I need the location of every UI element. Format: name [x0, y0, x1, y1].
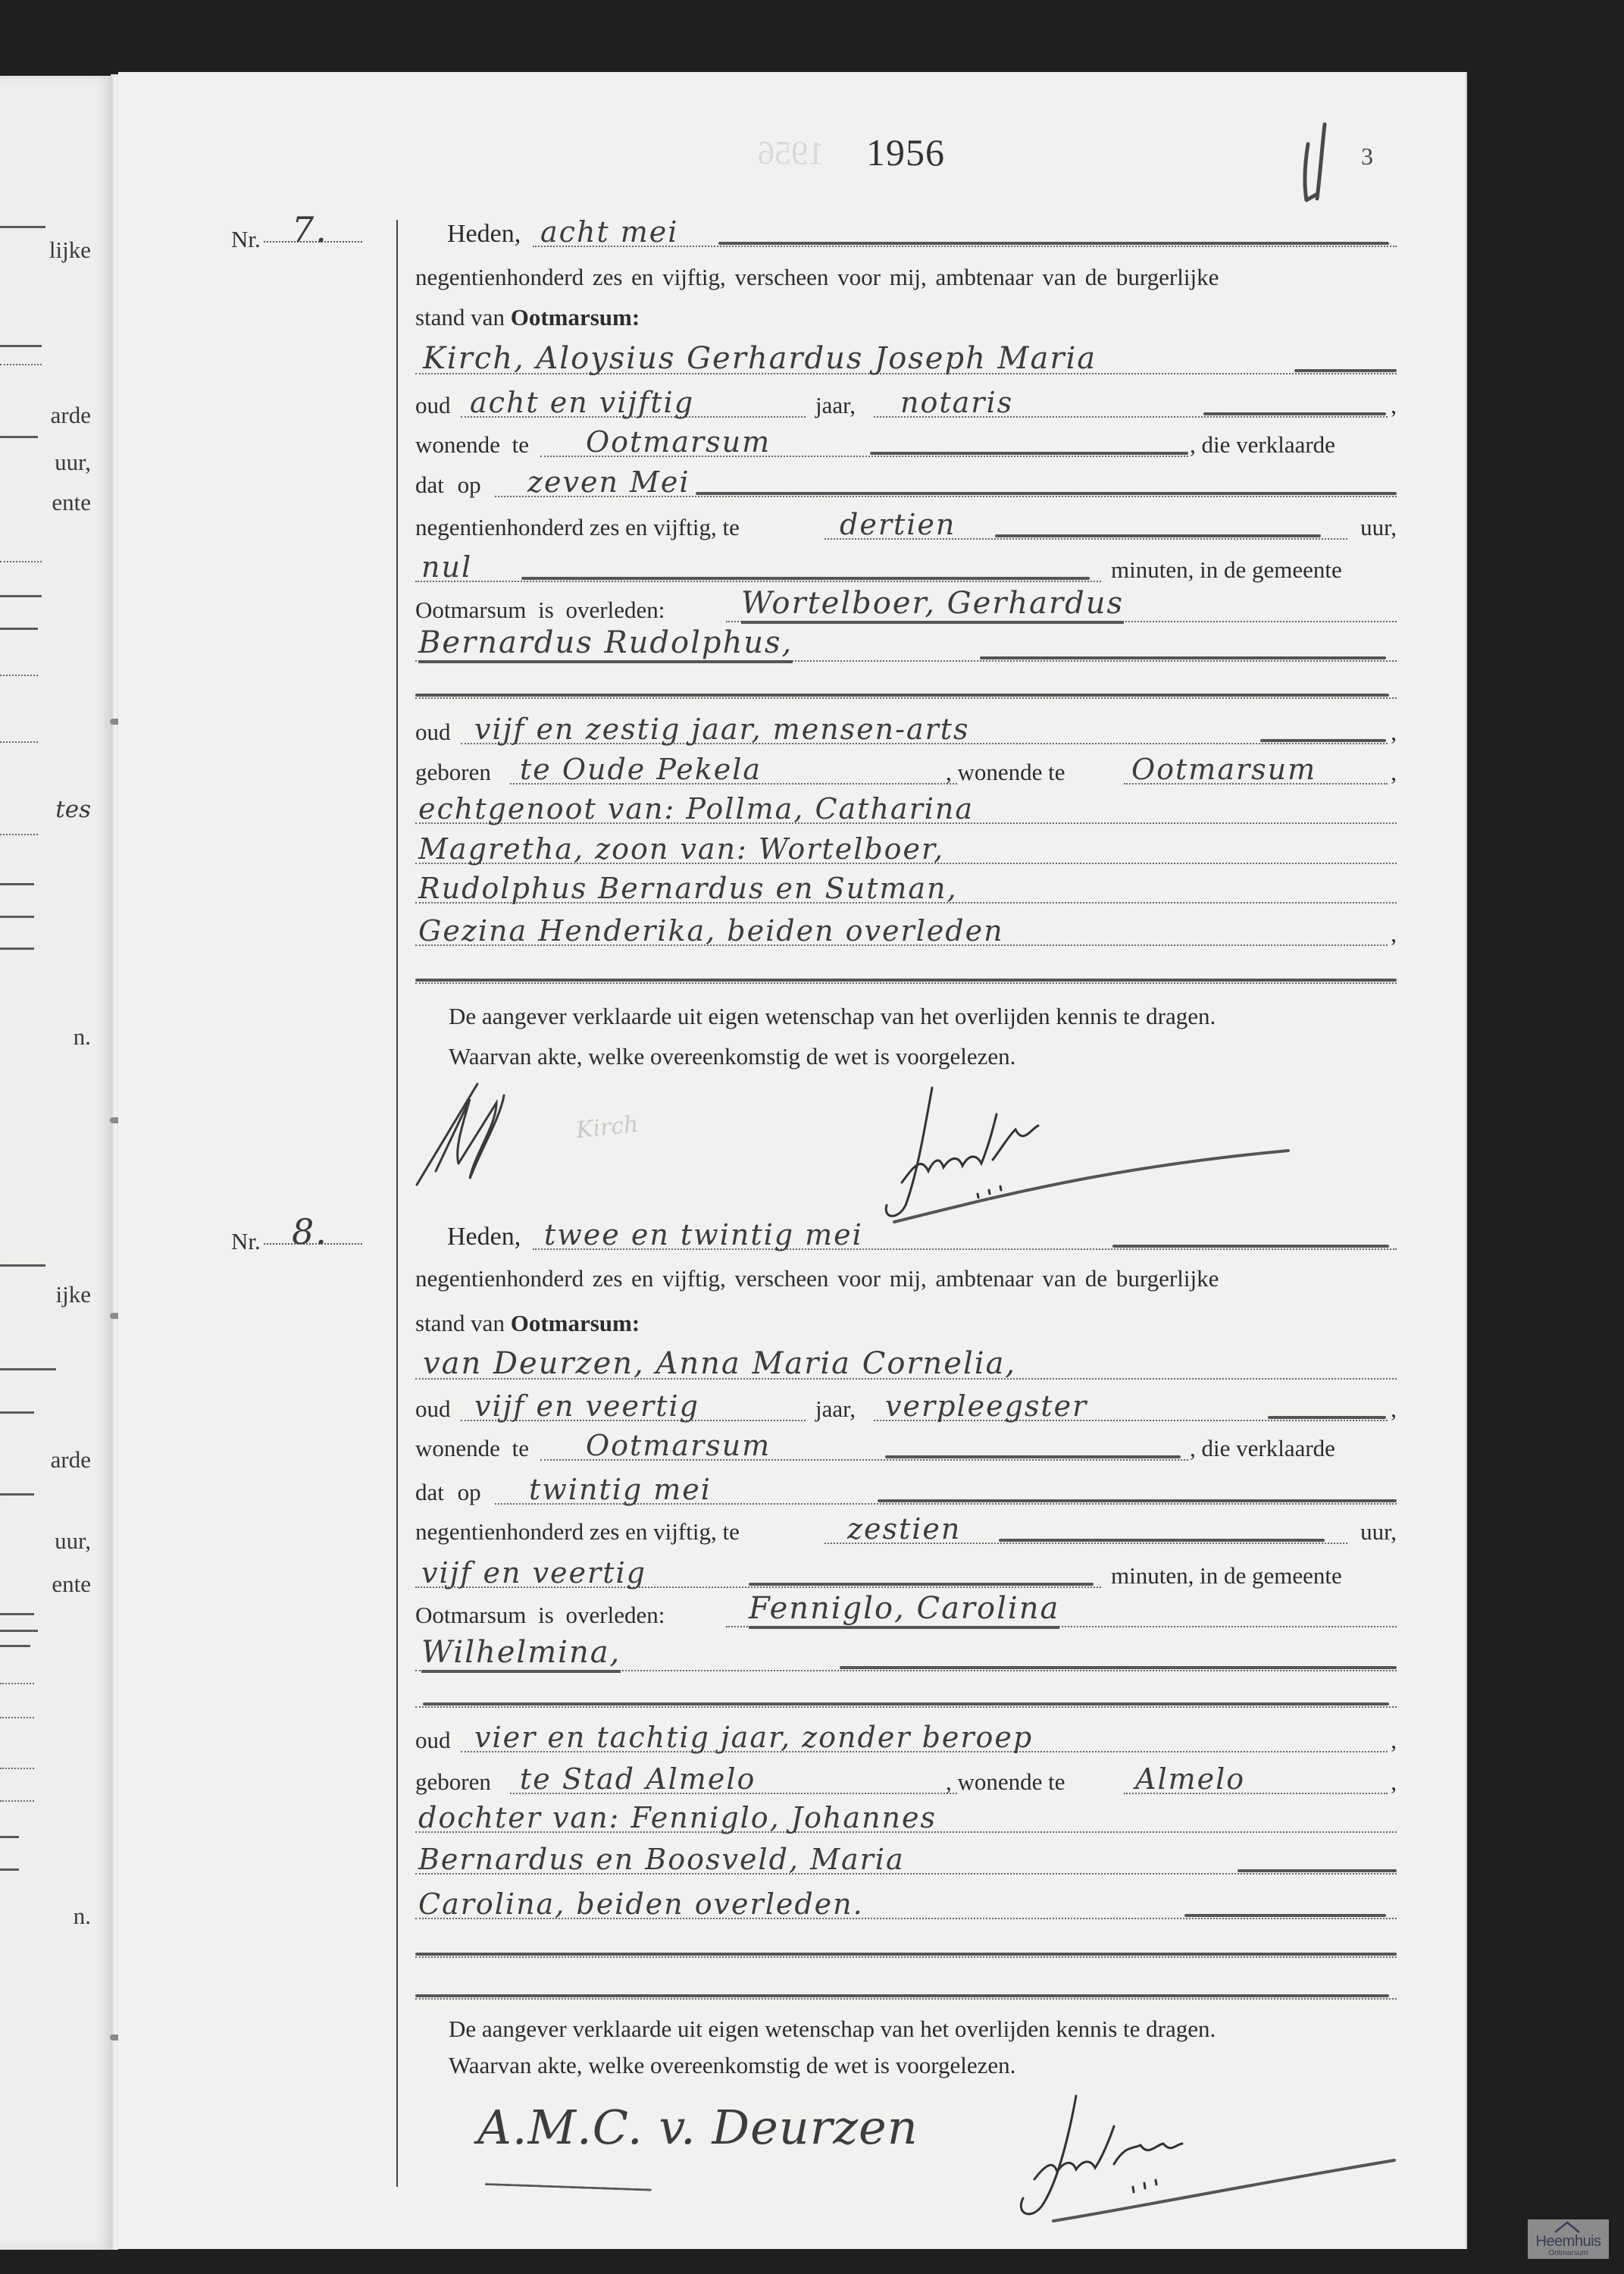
bleed-through-year: 1956 [758, 133, 825, 172]
left-page-text: ente [52, 489, 91, 516]
date-of-record: acht mei [540, 215, 678, 249]
deceased-given-names: Wilhelmina, [421, 1635, 621, 1673]
record-8-line-age: oud vijf en veertig jaar, verpleegster , [415, 1388, 1397, 1427]
previous-page-fragment: lijke arde uur, ente tes n. ijke arde uu… [0, 76, 112, 2250]
record-7-line-declarant: Kirch, Aloysius Gerhardus Joseph Maria [415, 341, 1397, 381]
record-7-line-residence: wonende te Ootmarsum , die verklaarde [415, 424, 1397, 463]
record-7-line-heden: Heden, acht mei [415, 214, 1397, 253]
official-signature-icon [879, 1084, 1303, 1228]
death-hour: dertien [840, 508, 956, 541]
record-7-line-age: oud acht en vijftig jaar, notaris , [415, 384, 1397, 424]
declarant-occupation: verpleegster [885, 1389, 1087, 1423]
relation-text: Bernardus en Boosveld, Maria [418, 1843, 905, 1876]
deceased-residence: Ootmarsum [1131, 753, 1316, 786]
page-year: 1956 [866, 130, 945, 174]
death-minutes: nul [421, 550, 472, 584]
record-7-line-deceased-age: oud vijf en zestig jaar, mensen-arts , [415, 711, 1397, 750]
record-7-line-deceased-1: Ootmarsum is overleden: Wortelboer, Gerh… [415, 589, 1397, 628]
page-number: 3 [1361, 143, 1373, 171]
record-8-statement-1: De aangever verklaarde uit eigen wetensc… [449, 2016, 1216, 2043]
record-7-line-hour: negentienhonderd zes en vijftig, te dert… [415, 506, 1397, 546]
record-number: Nr. 8. [231, 1228, 362, 1255]
left-page-text: n. [74, 1903, 91, 1930]
record-7-line-relation-3: Rudolphus Bernardus en Sutman, [415, 870, 1397, 910]
record-7-line-date: dat op zeven Mei [415, 464, 1397, 503]
official-signature-icon [993, 2092, 1417, 2229]
death-date: zeven Mei [527, 465, 690, 499]
deceased-residence: Almelo [1135, 1762, 1245, 1796]
declarant-name: Kirch, Aloysius Gerhardus Joseph Maria [423, 341, 1097, 376]
relation-text: Rudolphus Bernardus en Sutman, [418, 872, 958, 905]
left-page-text: n. [74, 1023, 91, 1051]
record-8-line-stand: stand van Ootmarsum: [415, 1302, 1397, 1342]
relation-text: Magretha, zoon van: Wortelboer, [418, 832, 944, 866]
record-number: Nr. 7. [231, 226, 362, 253]
record-8-line-deceased-1: Ootmarsum is overleden: Fenniglo, Caroli… [415, 1594, 1397, 1633]
deceased-age-occupation: vijf en zestig jaar, mensen-arts [474, 713, 970, 746]
declarant-signature: A.M.C. v. Deurzen [477, 2100, 918, 2155]
record-8-line-hour: negentienhonderd zes en vijftig, te zest… [415, 1511, 1397, 1550]
birthplace: te Stad Almelo [520, 1762, 756, 1796]
record-7-line-minutes: nul minuten, in de gemeente [415, 549, 1397, 588]
margin-rule [396, 220, 398, 1239]
record-8-line-residence: wonende te Ootmarsum , die verklaarde [415, 1427, 1397, 1467]
date-of-record: twee en twintig mei [544, 1218, 863, 1251]
record-7-statement-1: De aangever verklaarde uit eigen wetensc… [449, 1003, 1216, 1030]
record-number-value: 7. [292, 209, 328, 250]
heemhuis-watermark: Heemhuis Ootmarsum [1528, 2219, 1609, 2259]
record-7-line-blank [415, 666, 1397, 705]
death-minutes: vijf en veertig [421, 1556, 646, 1590]
margin-rule [396, 1232, 398, 2187]
deceased-name: Fenniglo, Carolina [749, 1591, 1059, 1629]
relation-text: echtgenoot van: Pollma, Catharina [418, 792, 974, 825]
left-page-text: arde [51, 1446, 91, 1474]
record-number-value: 8. [292, 1211, 328, 1252]
left-page-text: arde [51, 402, 91, 429]
left-page-text: lijke [49, 236, 91, 264]
relation-text: Gezina Henderika, beiden overleden [418, 914, 1004, 947]
declarant-age: vijf en veertig [474, 1389, 699, 1423]
left-page-text: uur, [55, 1527, 91, 1555]
death-hour: zestien [847, 1512, 961, 1546]
record-7-line-deceased-2: Bernardus Rudolphus, [415, 628, 1397, 668]
record-8-line-heden: Heden, twee en twintig mei [415, 1217, 1397, 1256]
death-date: twintig mei [529, 1473, 712, 1506]
record-8-line-relation-1: dochter van: Fenniglo, Johannes [415, 1799, 1397, 1839]
house-roof-icon [1554, 2221, 1581, 2233]
record-8-line-declarant: van Deurzen, Anna Maria Cornelia, [415, 1346, 1397, 1386]
left-page-handwriting: tes [55, 796, 91, 823]
record-8-line-relation-3: Carolina, beiden overleden. [415, 1886, 1397, 1925]
declarant-age: acht en vijftig [470, 386, 694, 419]
watermark-subtitle: Ootmarsum [1528, 2249, 1609, 2257]
declarant-signature-icon [413, 1080, 542, 1186]
record-8-line-blank-2 [415, 1966, 1397, 2006]
record-8-line-minutes: vijf en veertig minuten, in de gemeente [415, 1555, 1397, 1594]
record-8-line-deceased-2: Wilhelmina, [415, 1638, 1397, 1677]
declarant-name: van Deurzen, Anna Maria Cornelia, [423, 1346, 1016, 1381]
deceased-age-occupation: vier en tachtig jaar, zonder beroep [474, 1721, 1033, 1754]
book-gutter [111, 74, 118, 2250]
deceased-given-names: Bernardus Rudolphus, [418, 625, 793, 663]
record-8-line-2: negentienhonderd zes en vijftig, versche… [415, 1258, 1397, 1297]
left-page-text: ijke [56, 1281, 92, 1308]
record-7-line-blank-end [415, 951, 1397, 990]
record-7-line-stand: stand van Ootmarsum: [415, 296, 1397, 336]
declarant-residence: Ootmarsum [586, 1429, 771, 1462]
record-8-line-deceased-age: oud vier en tachtig jaar, zonder beroep … [415, 1719, 1397, 1759]
record-7-line-relation-2: Magretha, zoon van: Wortelboer, [415, 831, 1397, 870]
record-7-line-birthplace: geboren te Oude Pekela , wonende te Ootm… [415, 751, 1397, 791]
handwritten-margin-mark-icon [1294, 121, 1340, 205]
record-8-line-blank-1 [415, 1925, 1397, 1964]
record-7-line-2: negentienhonderd zes en vijftig, versche… [415, 256, 1397, 296]
left-page-text: ente [52, 1571, 91, 1598]
birthplace: te Oude Pekela [520, 753, 762, 786]
record-7-statement-2: Waarvan akte, welke overeenkomstig de we… [449, 1043, 1015, 1070]
record-8-line-birthplace: geboren te Stad Almelo , wonende te Alme… [415, 1761, 1397, 1800]
relation-text: dochter van: Fenniglo, Johannes [418, 1801, 937, 1834]
record-7-line-relation-1: echtgenoot van: Pollma, Catharina [415, 791, 1397, 830]
record-7-line-relation-4: Gezina Henderika, beiden overleden , [415, 913, 1397, 952]
declarant-occupation: notaris [900, 386, 1013, 419]
record-8-line-date: dat op twintig mei [415, 1471, 1397, 1511]
record-8-line-blank [415, 1674, 1397, 1714]
record-8-line-relation-2: Bernardus en Boosveld, Maria [415, 1841, 1397, 1881]
relation-text: Carolina, beiden overleden. [418, 1887, 864, 1921]
watermark-name: Heemhuis [1528, 2233, 1609, 2251]
declarant-residence: Ootmarsum [586, 425, 771, 459]
left-page-text: uur, [55, 449, 91, 476]
record-8-statement-2: Waarvan akte, welke overeenkomstig de we… [449, 2052, 1015, 2079]
deceased-name: Wortelboer, Gerhardus [741, 586, 1124, 624]
